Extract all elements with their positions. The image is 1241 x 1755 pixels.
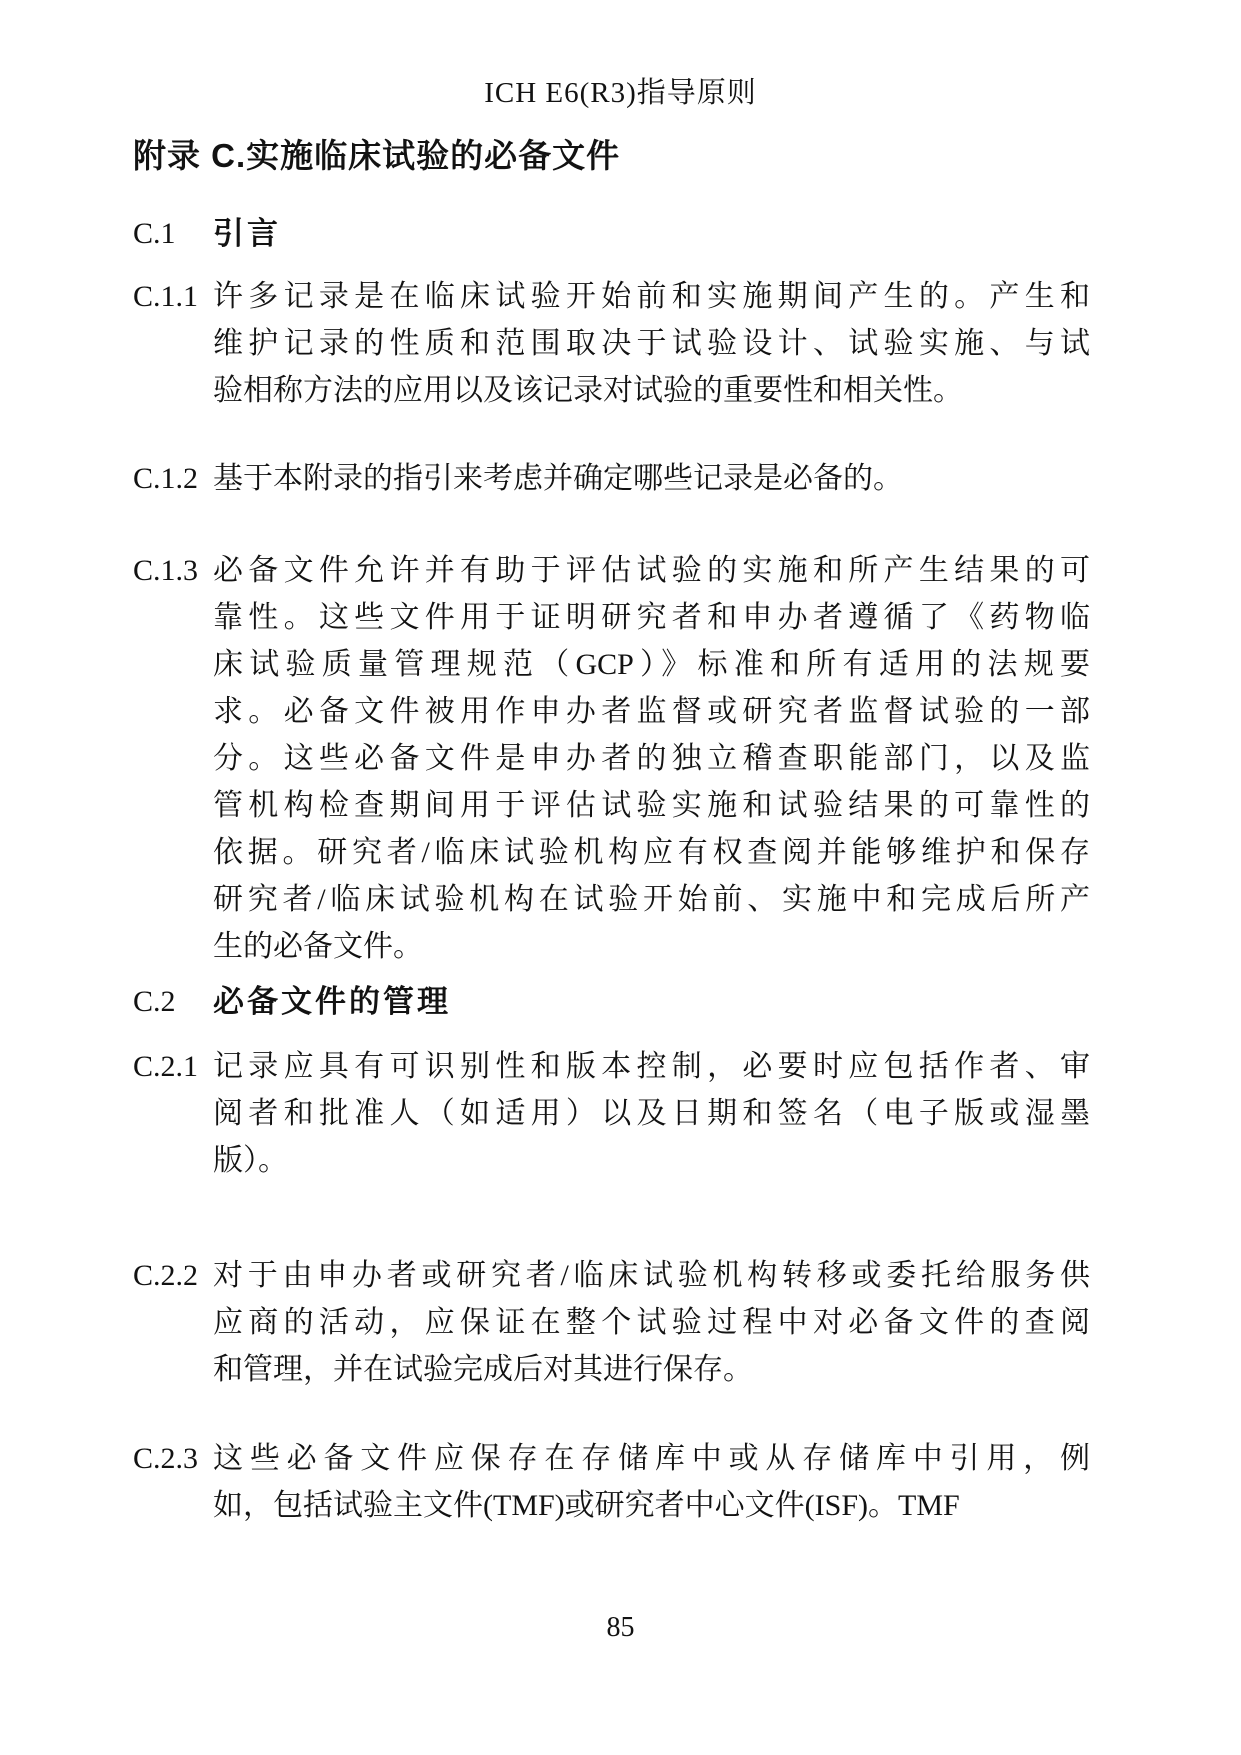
text-line: 生的必备文件。 (213, 923, 1090, 970)
page-number: 85 (0, 1612, 1241, 1644)
section-number: C.2 (133, 980, 213, 1024)
clause-text: 基于本附录的指引来考虑并确定哪些记录是必备的。 (213, 455, 1090, 502)
text-line: 维护记录的性质和范围取决于试验设计、试验实施、与试 (213, 320, 1090, 367)
clause-number: C.2.2 (133, 1252, 213, 1299)
section-number: C.1 (133, 212, 213, 256)
clause-text: 记录应具有可识别性和版本控制，必要时应包括作者、审阅者和批准人（如适用）以及日期… (213, 1043, 1090, 1184)
text-line: 依据。研究者/临床试验机构应有权查阅并能够维护和保存 (213, 829, 1090, 876)
text-line: 对于由申办者或研究者/临床试验机构转移或委托给服务供 (213, 1252, 1090, 1299)
text-line: 记录应具有可识别性和版本控制，必要时应包括作者、审 (213, 1043, 1090, 1090)
clause-c2-3: C.2.3 这些必备文件应保存在存储库中或从存储库中引用，例如，包括试验主文件(… (133, 1435, 1090, 1529)
text-line: 床试验质量管理规范（GCP）》标准和所有适用的法规要 (213, 641, 1090, 688)
section-title: 必备文件的管理 (213, 980, 451, 1024)
section-title: 引言 (213, 212, 281, 256)
text-line: 研究者/临床试验机构在试验开始前、实施中和完成后所产 (213, 876, 1090, 923)
clause-c1-2: C.1.2 基于本附录的指引来考虑并确定哪些记录是必备的。 (133, 455, 1090, 502)
clause-c2-1: C.2.1 记录应具有可识别性和版本控制，必要时应包括作者、审阅者和批准人（如适… (133, 1043, 1090, 1184)
text-line: 验相称方法的应用以及该记录对试验的重要性和相关性。 (213, 367, 1090, 414)
clause-number: C.1.3 (133, 547, 213, 594)
document-page: ICH E6(R3)指导原则 附录 C.实施临床试验的必备文件 C.1 引言 C… (0, 0, 1241, 1755)
text-line: 管机构检查期间用于评估试验实施和试验结果的可靠性的 (213, 782, 1090, 829)
clause-c2-2: C.2.2 对于由申办者或研究者/临床试验机构转移或委托给服务供应商的活动，应保… (133, 1252, 1090, 1393)
appendix-heading: 附录 C.实施临床试验的必备文件 (133, 130, 1121, 177)
text-line: 和管理，并在试验完成后对其进行保存。 (213, 1346, 1090, 1393)
text-line: 求。必备文件被用作申办者监督或研究者监督试验的一部 (213, 688, 1090, 735)
clause-number: C.1.1 (133, 273, 213, 320)
text-line: 这些必备文件应保存在存储库中或从存储库中引用，例 (213, 1435, 1090, 1482)
clause-number: C.2.1 (133, 1043, 213, 1090)
text-line: 阅者和批准人（如适用）以及日期和签名（电子版或湿墨 (213, 1090, 1090, 1137)
text-line: 靠性。这些文件用于证明研究者和申办者遵循了《药物临 (213, 594, 1090, 641)
section-heading-c1: C.1 引言 (133, 212, 1090, 256)
text-line: 基于本附录的指引来考虑并确定哪些记录是必备的。 (213, 455, 1090, 502)
clause-c1-1: C.1.1 许多记录是在临床试验开始前和实施期间产生的。产生和维护记录的性质和范… (133, 273, 1090, 414)
text-line: 版）。 (213, 1137, 1090, 1184)
clause-c1-3: C.1.3 必备文件允许并有助于评估试验的实施和所产生结果的可靠性。这些文件用于… (133, 547, 1090, 970)
clause-text: 必备文件允许并有助于评估试验的实施和所产生结果的可靠性。这些文件用于证明研究者和… (213, 547, 1090, 970)
text-line: 分。这些必备文件是申办者的独立稽查职能部门，以及监 (213, 735, 1090, 782)
text-line: 许多记录是在临床试验开始前和实施期间产生的。产生和 (213, 273, 1090, 320)
running-header: ICH E6(R3)指导原则 (0, 70, 1241, 111)
section-heading-c2: C.2 必备文件的管理 (133, 980, 1090, 1024)
text-line: 必备文件允许并有助于评估试验的实施和所产生结果的可 (213, 547, 1090, 594)
clause-number: C.1.2 (133, 455, 213, 502)
clause-number: C.2.3 (133, 1435, 213, 1482)
clause-text: 对于由申办者或研究者/临床试验机构转移或委托给服务供应商的活动，应保证在整个试验… (213, 1252, 1090, 1393)
text-line: 应商的活动，应保证在整个试验过程中对必备文件的查阅 (213, 1299, 1090, 1346)
clause-text: 这些必备文件应保存在存储库中或从存储库中引用，例如，包括试验主文件(TMF)或研… (213, 1435, 1090, 1529)
text-line: 如，包括试验主文件(TMF)或研究者中心文件(ISF)。TMF (213, 1482, 1090, 1529)
clause-text: 许多记录是在临床试验开始前和实施期间产生的。产生和维护记录的性质和范围取决于试验… (213, 273, 1090, 414)
